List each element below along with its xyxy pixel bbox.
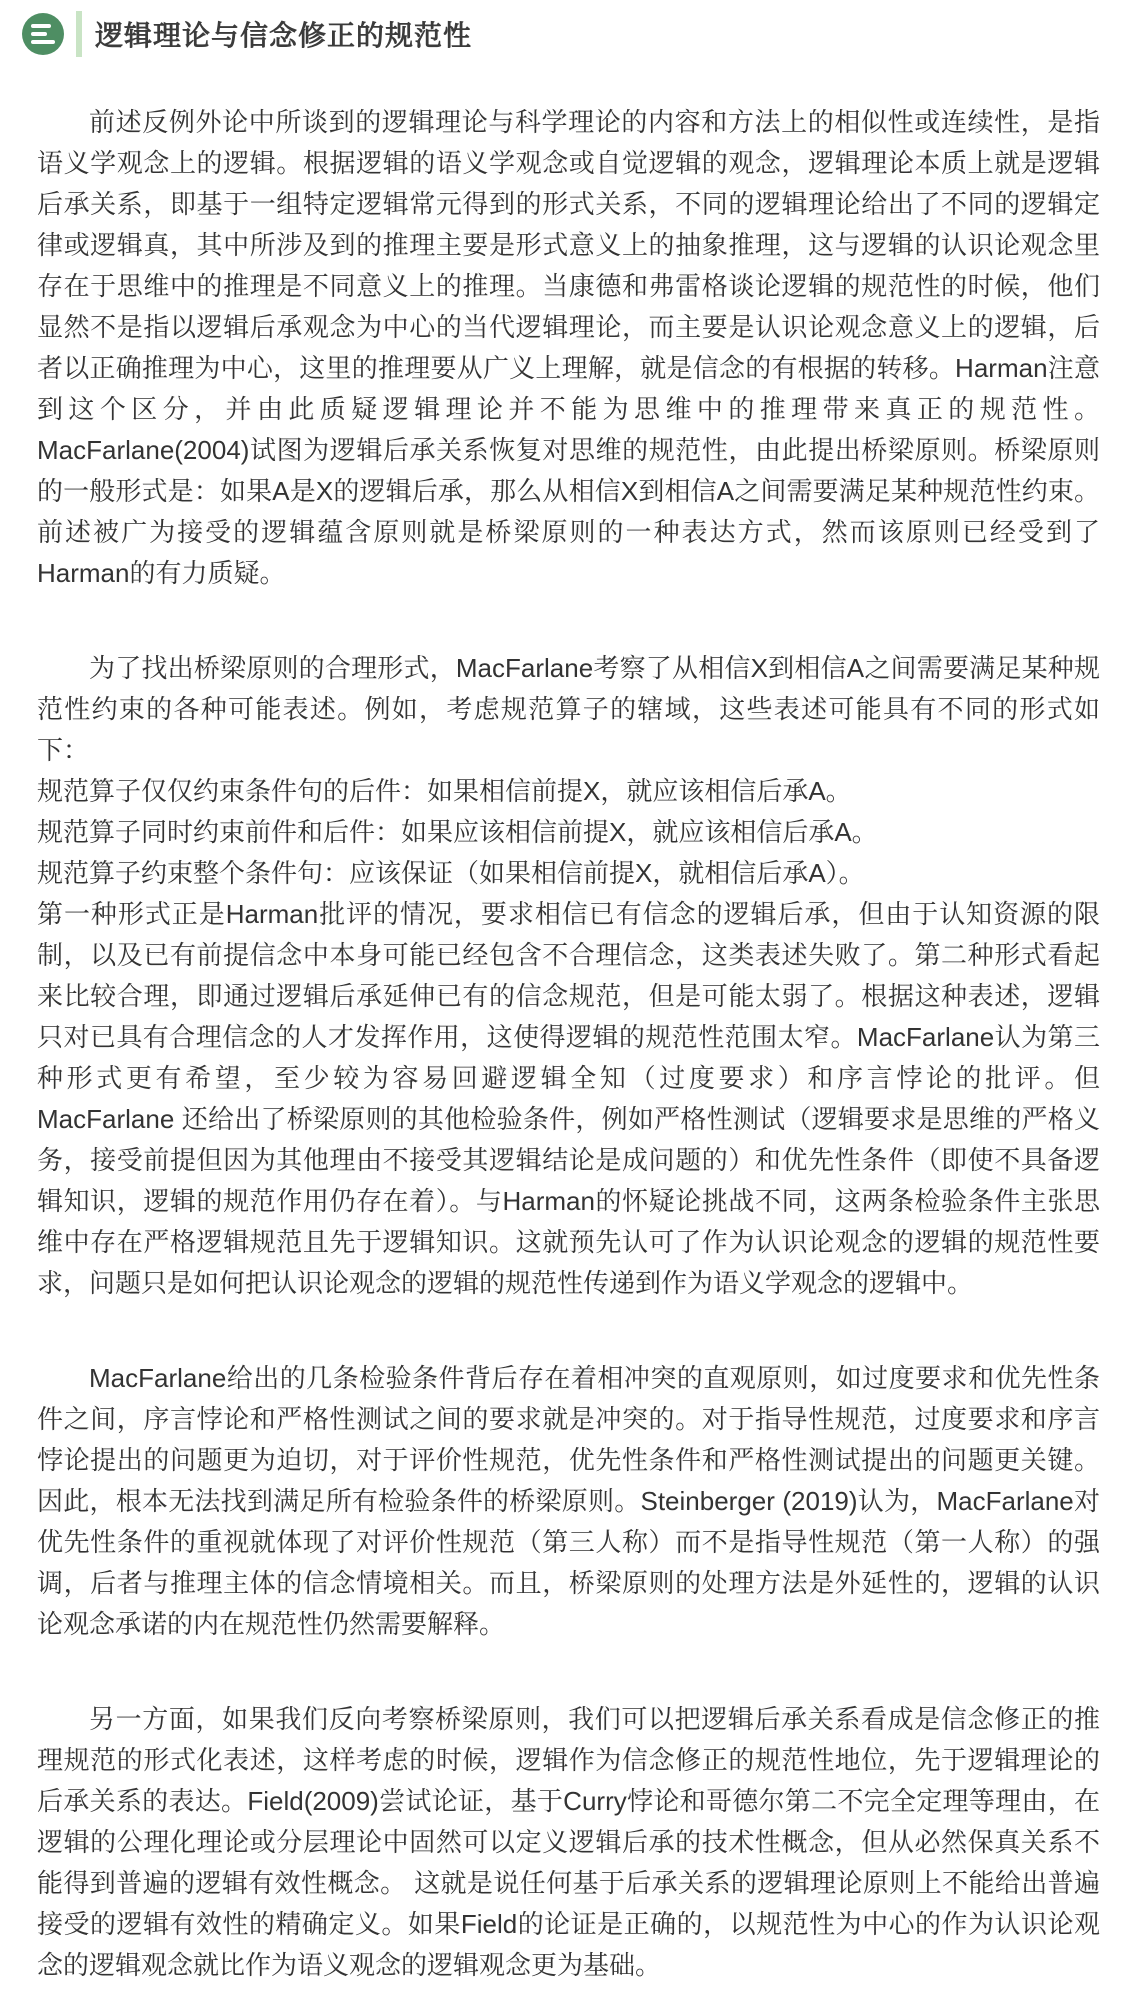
list-icon-bar [31, 24, 51, 28]
paragraph-2-intro: 为了找出桥梁原则的合理形式，MacFarlane考察了从相信X到相信A之间需要满… [37, 648, 1100, 771]
paragraph-4-text: 另一方面，如果我们反向考察桥梁原则，我们可以把逻辑后承关系看成是信念修正的推理规… [37, 1699, 1100, 1986]
document-header: 逻辑理论与信念修正的规范性 [0, 0, 1137, 57]
paragraph-1-text: 前述反例外论中所谈到的逻辑理论与科学理论的内容和方法上的相似性或连续性，是指语义… [37, 102, 1100, 594]
page-title: 逻辑理论与信念修正的规范性 [95, 14, 472, 54]
document-page: 逻辑理论与信念修正的规范性 前述反例外论中所谈到的逻辑理论与科学理论的内容和方法… [0, 0, 1137, 2016]
list-icon-bar [31, 32, 47, 36]
title-accent-bar [76, 11, 82, 57]
paragraph-1: 前述反例外论中所谈到的逻辑理论与科学理论的内容和方法上的相似性或连续性，是指语义… [37, 102, 1100, 594]
paragraph-2-discussion: 第一种形式正是Harman批评的情况，要求相信已有信念的逻辑后承，但由于认知资源… [37, 894, 1100, 1304]
paragraph-2: 为了找出桥梁原则的合理形式，MacFarlane考察了从相信X到相信A之间需要满… [37, 648, 1100, 1304]
paragraph-3: MacFarlane给出的几条检验条件背后存在着相冲突的直观原则，如过度要求和优… [37, 1358, 1100, 1645]
paragraph-2-form-1: 规范算子仅仅约束条件句的后件：如果相信前提X，就应该相信后承A。 [37, 771, 1100, 812]
paragraph-4: 另一方面，如果我们反向考察桥梁原则，我们可以把逻辑后承关系看成是信念修正的推理规… [37, 1699, 1100, 1986]
list-icon [22, 13, 64, 55]
article-body: 前述反例外论中所谈到的逻辑理论与科学理论的内容和方法上的相似性或连续性，是指语义… [0, 57, 1137, 2006]
paragraph-3-text: MacFarlane给出的几条检验条件背后存在着相冲突的直观原则，如过度要求和优… [37, 1358, 1100, 1645]
list-icon-bar [31, 40, 55, 44]
paragraph-2-form-2: 规范算子同时约束前件和后件：如果应该相信前提X，就应该相信后承A。 [37, 812, 1100, 853]
paragraph-2-form-3: 规范算子约束整个条件句：应该保证（如果相信前提X，就相信后承A）。 [37, 853, 1100, 894]
